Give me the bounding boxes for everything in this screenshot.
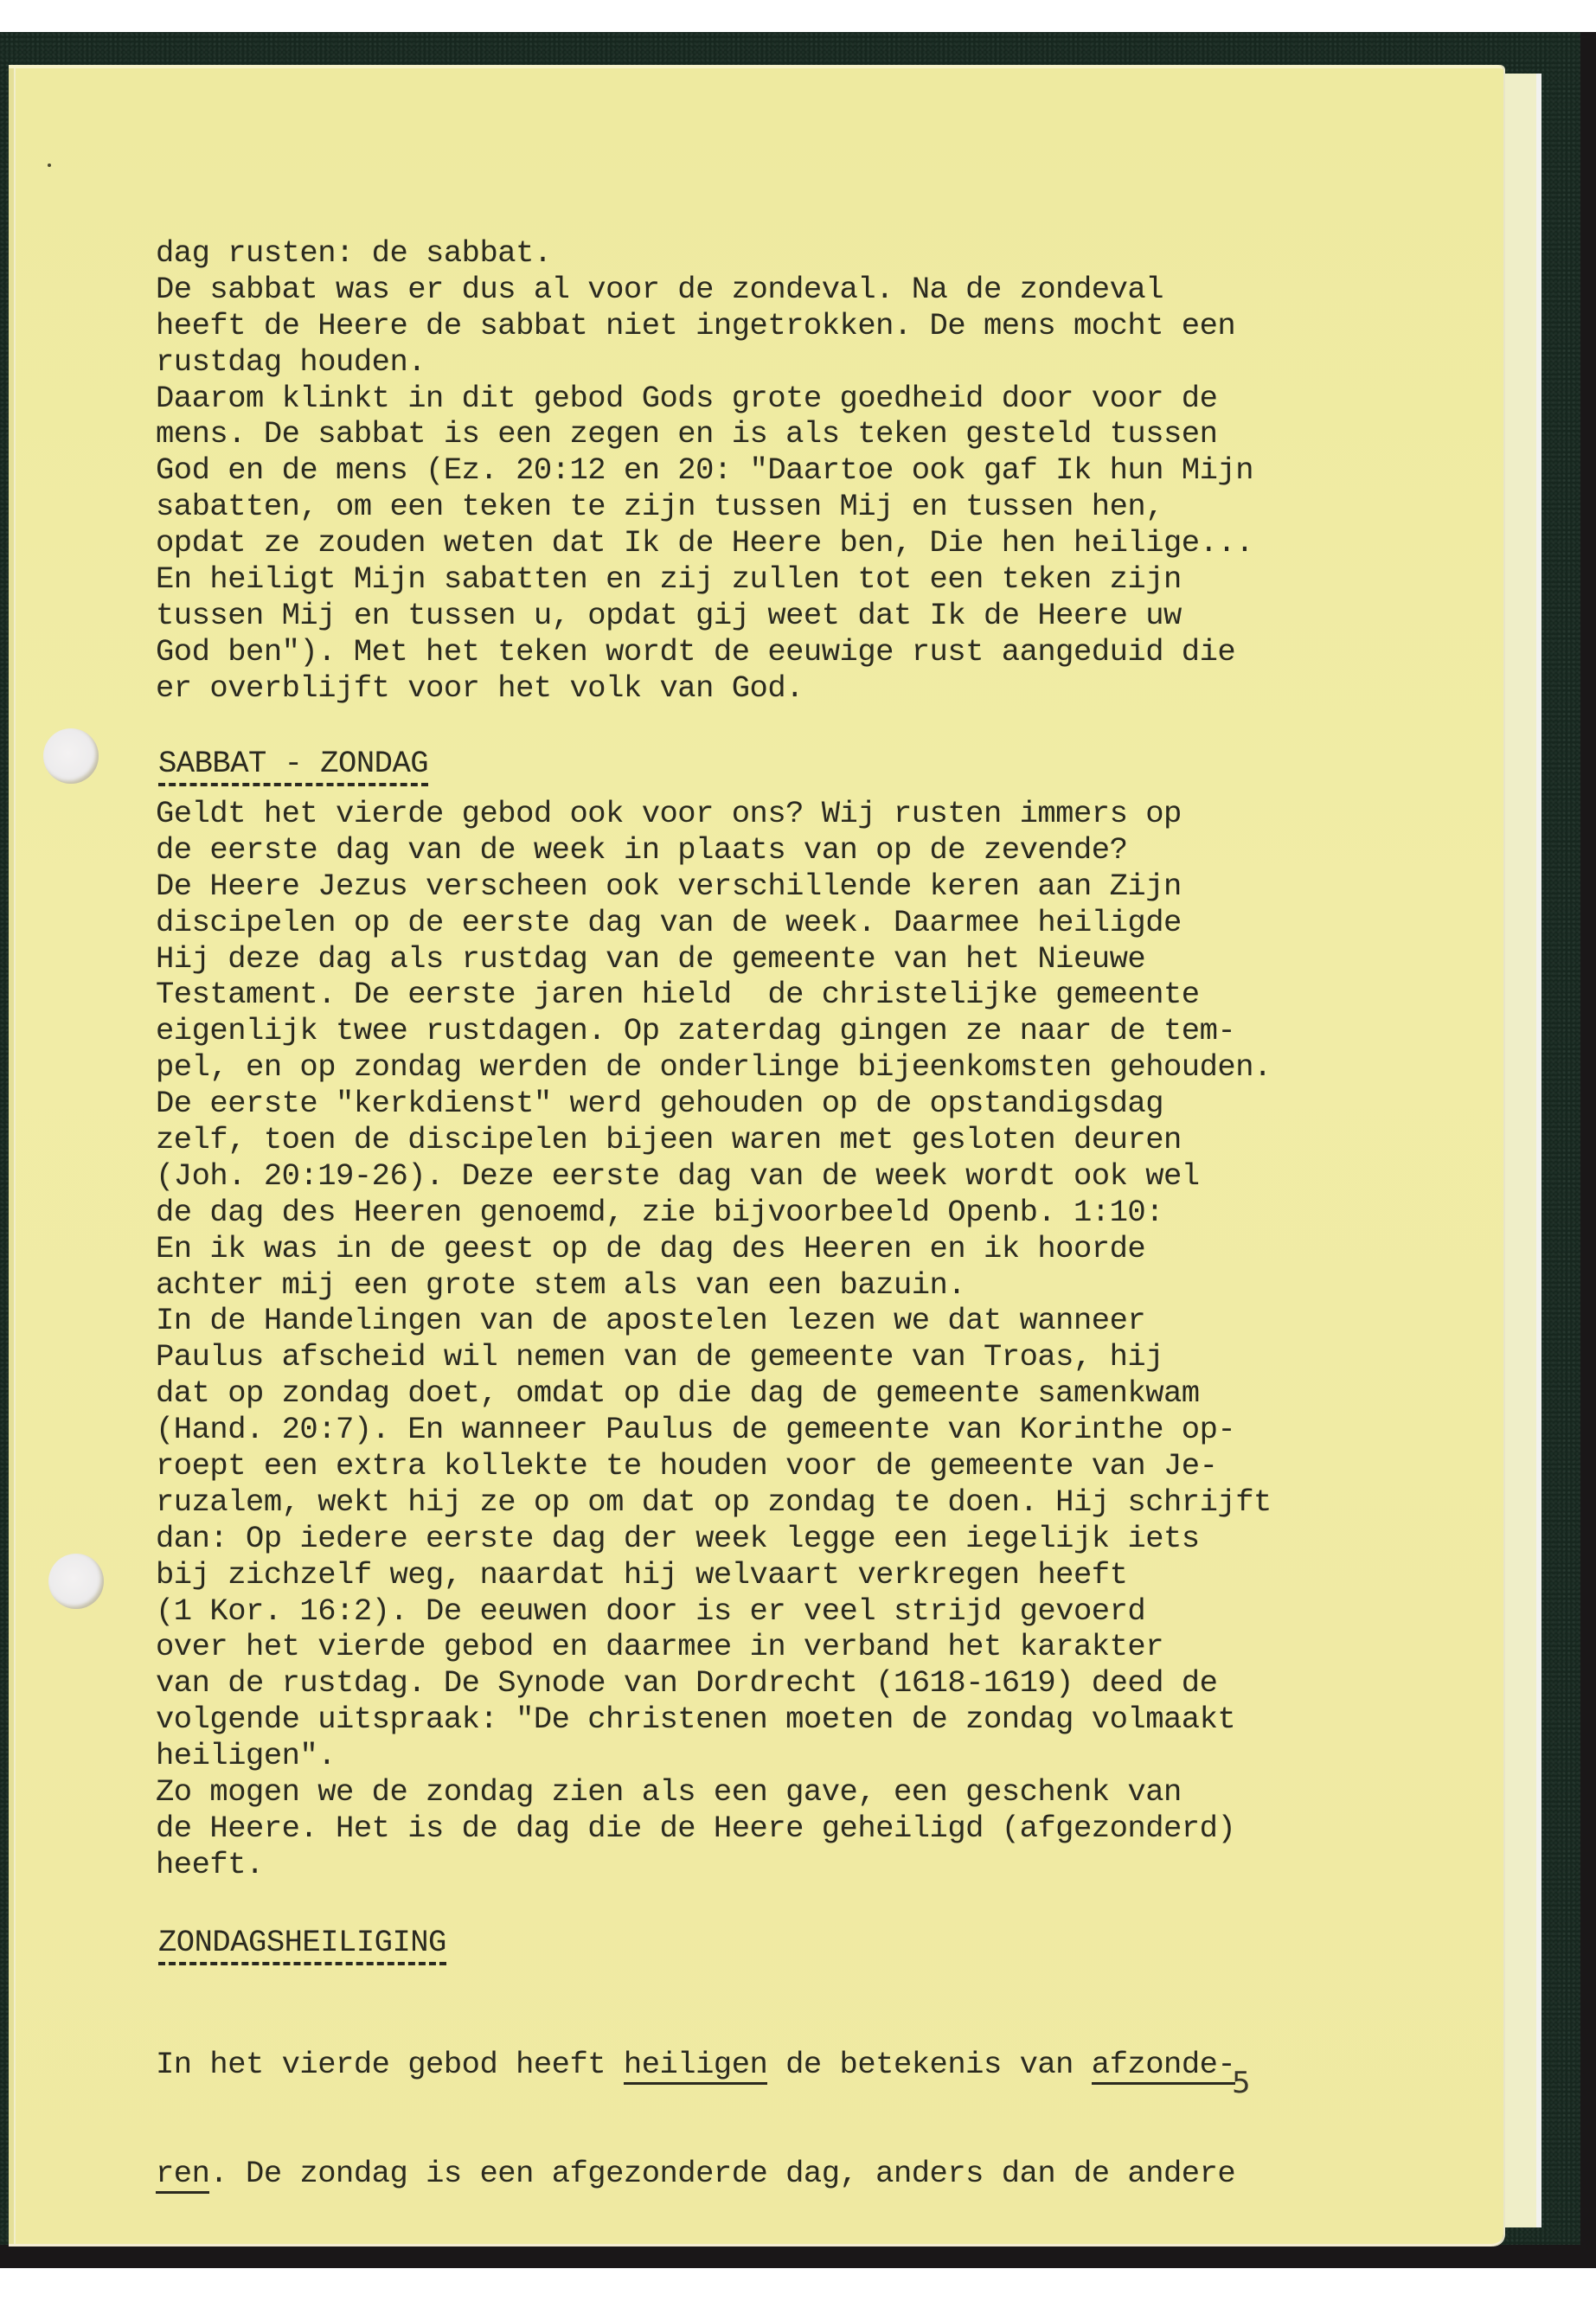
text-line: God en de mens (Ez. 20:12 en 20: "Daarto… (156, 452, 1315, 489)
text-line: zelf, toen de discipelen bijeen waren me… (156, 1122, 1315, 1158)
text-line: Daarom klinkt in dit gebod Gods grote go… (156, 381, 1315, 417)
text-line: discipelen op de eerste dag van de week.… (156, 905, 1315, 941)
text-line: Geldt het vierde gebod ook voor ons? Wij… (156, 796, 1315, 832)
text-line: dan: Op iedere eerste dag der week legge… (156, 1521, 1315, 1557)
text-line: heeft de Heere de sabbat niet ingetrokke… (156, 308, 1315, 344)
paragraph-zondagsheiliging: In het vierde gebod heeft heiligen de be… (156, 1974, 1315, 2227)
text-line: (1 Kor. 16:2). De eeuwen door is er veel… (156, 1593, 1315, 1630)
section-heading-zondagsheiliging: ZONDAGSHEILIGING (158, 1925, 446, 1965)
text-span: In het vierde gebod heeft (156, 2047, 624, 2082)
page-left-edge (9, 68, 16, 2244)
paragraph-sabbat-intro: dag rusten: de sabbat.De sabbat was er d… (156, 235, 1315, 707)
text-line: rustdag houden. (156, 344, 1315, 381)
text-line: In de Handelingen van de apostelen lezen… (156, 1303, 1315, 1339)
text-line: van de rustdag. De Synode van Dordrecht … (156, 1665, 1315, 1702)
text-span: de betekenis van (767, 2047, 1091, 2082)
text-line: er overblijft voor het volk van God. (156, 670, 1315, 707)
text-line: eigenlijk twee rustdagen. Op zaterdag gi… (156, 1013, 1315, 1049)
binder-edge-bottom (0, 2245, 1596, 2268)
text-line: heeft. (156, 1847, 1315, 1883)
text-line: De sabbat was er dus al voor de zondeval… (156, 272, 1315, 308)
text-line: De Heere Jezus verscheen ook verschillen… (156, 868, 1315, 905)
text-line: over het vierde gebod en daarmee in verb… (156, 1629, 1315, 1665)
paper-speck (48, 163, 51, 167)
underlined-word-afzonderen: afzonde- (1092, 2047, 1235, 2085)
underlined-word-afzonderen-cont: ren (156, 2156, 209, 2194)
text-line: God ben"). Met het teken wordt de eeuwig… (156, 634, 1315, 670)
text-line: ren. De zondag is een afgezonderde dag, … (156, 2156, 1315, 2192)
page-number: 5 (1232, 2066, 1251, 2100)
text-line: roept een extra kollekte te houden voor … (156, 1448, 1315, 1484)
text-line: bij zichzelf weg, naardat hij welvaart v… (156, 1557, 1315, 1593)
underlined-word-heiligen: heiligen (624, 2047, 767, 2085)
text-line: sabatten, om een teken te zijn tussen Mi… (156, 489, 1315, 525)
text-line: ruzalem, wekt hij ze op om dat op zondag… (156, 1484, 1315, 1521)
text-line: Paulus afscheid wil nemen van de gemeent… (156, 1339, 1315, 1375)
text-line: tussen Mij en tussen u, opdat gij weet d… (156, 598, 1315, 634)
text-line: Zo mogen we de zondag zien als een gave,… (156, 1774, 1315, 1811)
text-line: de eerste dag van de week in plaats van … (156, 832, 1315, 868)
text-line: (Hand. 20:7). En wanneer Paulus de gemee… (156, 1412, 1315, 1448)
text-line: En ik was in de geest op de dag des Heer… (156, 1231, 1315, 1267)
text-span: . De zondag is een afgezonderde dag, and… (209, 2156, 1235, 2191)
text-line: En heiligt Mijn sabatten en zij zullen t… (156, 561, 1315, 598)
text-line: de Heere. Het is de dag die de Heere geh… (156, 1811, 1315, 1847)
text-line: mens. De sabbat is een zegen en is als t… (156, 416, 1315, 452)
text-line: In het vierde gebod heeft heiligen de be… (156, 2047, 1315, 2083)
text-line: de dag des Heeren genoemd, zie bijvoorbe… (156, 1195, 1315, 1231)
text-line: heiligen". (156, 1738, 1315, 1774)
binder-edge-right (1580, 32, 1596, 2268)
text-line: Testament. De eerste jaren hield de chri… (156, 977, 1315, 1013)
punch-hole-icon (43, 728, 99, 784)
text-line: opdat ze zouden weten dat Ik de Heere be… (156, 525, 1315, 561)
paragraph-sabbat-zondag: Geldt het vierde gebod ook voor ons? Wij… (156, 796, 1315, 1883)
punch-hole-icon (48, 1554, 104, 1609)
text-line: De eerste "kerkdienst" werd gehouden op … (156, 1086, 1315, 1122)
text-line: volgende uitspraak: "De christenen moete… (156, 1702, 1315, 1738)
text-line: dat op zondag doet, omdat op die dag de … (156, 1375, 1315, 1412)
text-line: Hij deze dag als rustdag van de gemeente… (156, 941, 1315, 977)
text-line: dag rusten: de sabbat. (156, 235, 1315, 272)
text-line: (Joh. 20:19-26). Deze eerste dag van de … (156, 1158, 1315, 1195)
section-heading-sabbat-zondag: SABBAT - ZONDAG (158, 746, 428, 786)
text-line: pel, en op zondag werden de onderlinge b… (156, 1049, 1315, 1086)
text-line: achter mij een grote stem als van een ba… (156, 1267, 1315, 1304)
